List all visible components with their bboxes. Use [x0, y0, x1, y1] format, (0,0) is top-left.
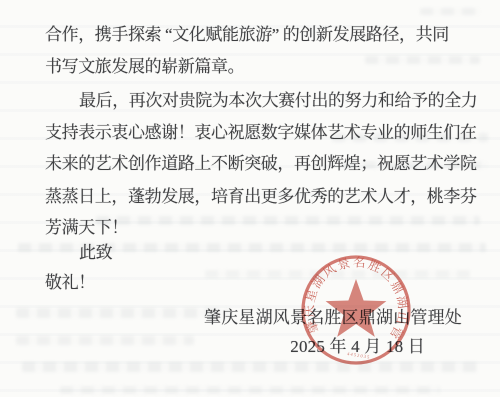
closing-cizhi: 此致	[79, 238, 112, 263]
bleed-through-artifact	[96, 216, 480, 225]
star-icon	[326, 279, 387, 337]
bleed-through-artifact	[16, 336, 194, 345]
closing-jingli: 敬礼！	[45, 268, 95, 293]
body-line-5: 未来的艺术创作道路上不断突破，再创辉煌；祝愿艺术学院	[45, 149, 477, 174]
bleed-through-artifact	[16, 308, 228, 318]
body-line-7: 芳满天下！	[45, 213, 128, 238]
body-line-1: 合作，携手探索 “文化赋能旅游” 的创新发展路径，共同	[45, 20, 449, 45]
body-line-3: 最后，再次对贵院为本次大赛付出的努力和给予的全力	[79, 86, 477, 111]
bleed-through-artifact	[420, 8, 480, 15]
bleed-through-artifact	[60, 386, 440, 394]
bleed-through-artifact	[365, 56, 480, 64]
official-seal: 肇庆星湖风景名胜区鼎湖山管理处 4452035	[299, 253, 413, 367]
body-line-4: 支持表示衷心感谢！衷心祝愿数字媒体艺术专业的师生们在	[45, 118, 477, 143]
letter-page: 合作，携手探索 “文化赋能旅游” 的创新发展路径，共同 书写文旅发展的崭新篇章。…	[0, 0, 500, 397]
body-line-6: 蒸蒸日上，蓬勃发展，培育出更多优秀的艺术人才，桃李芬	[45, 182, 477, 207]
seal-code: 4452035	[347, 351, 371, 360]
body-line-2: 书写文旅发展的崭新篇章。	[45, 52, 244, 77]
